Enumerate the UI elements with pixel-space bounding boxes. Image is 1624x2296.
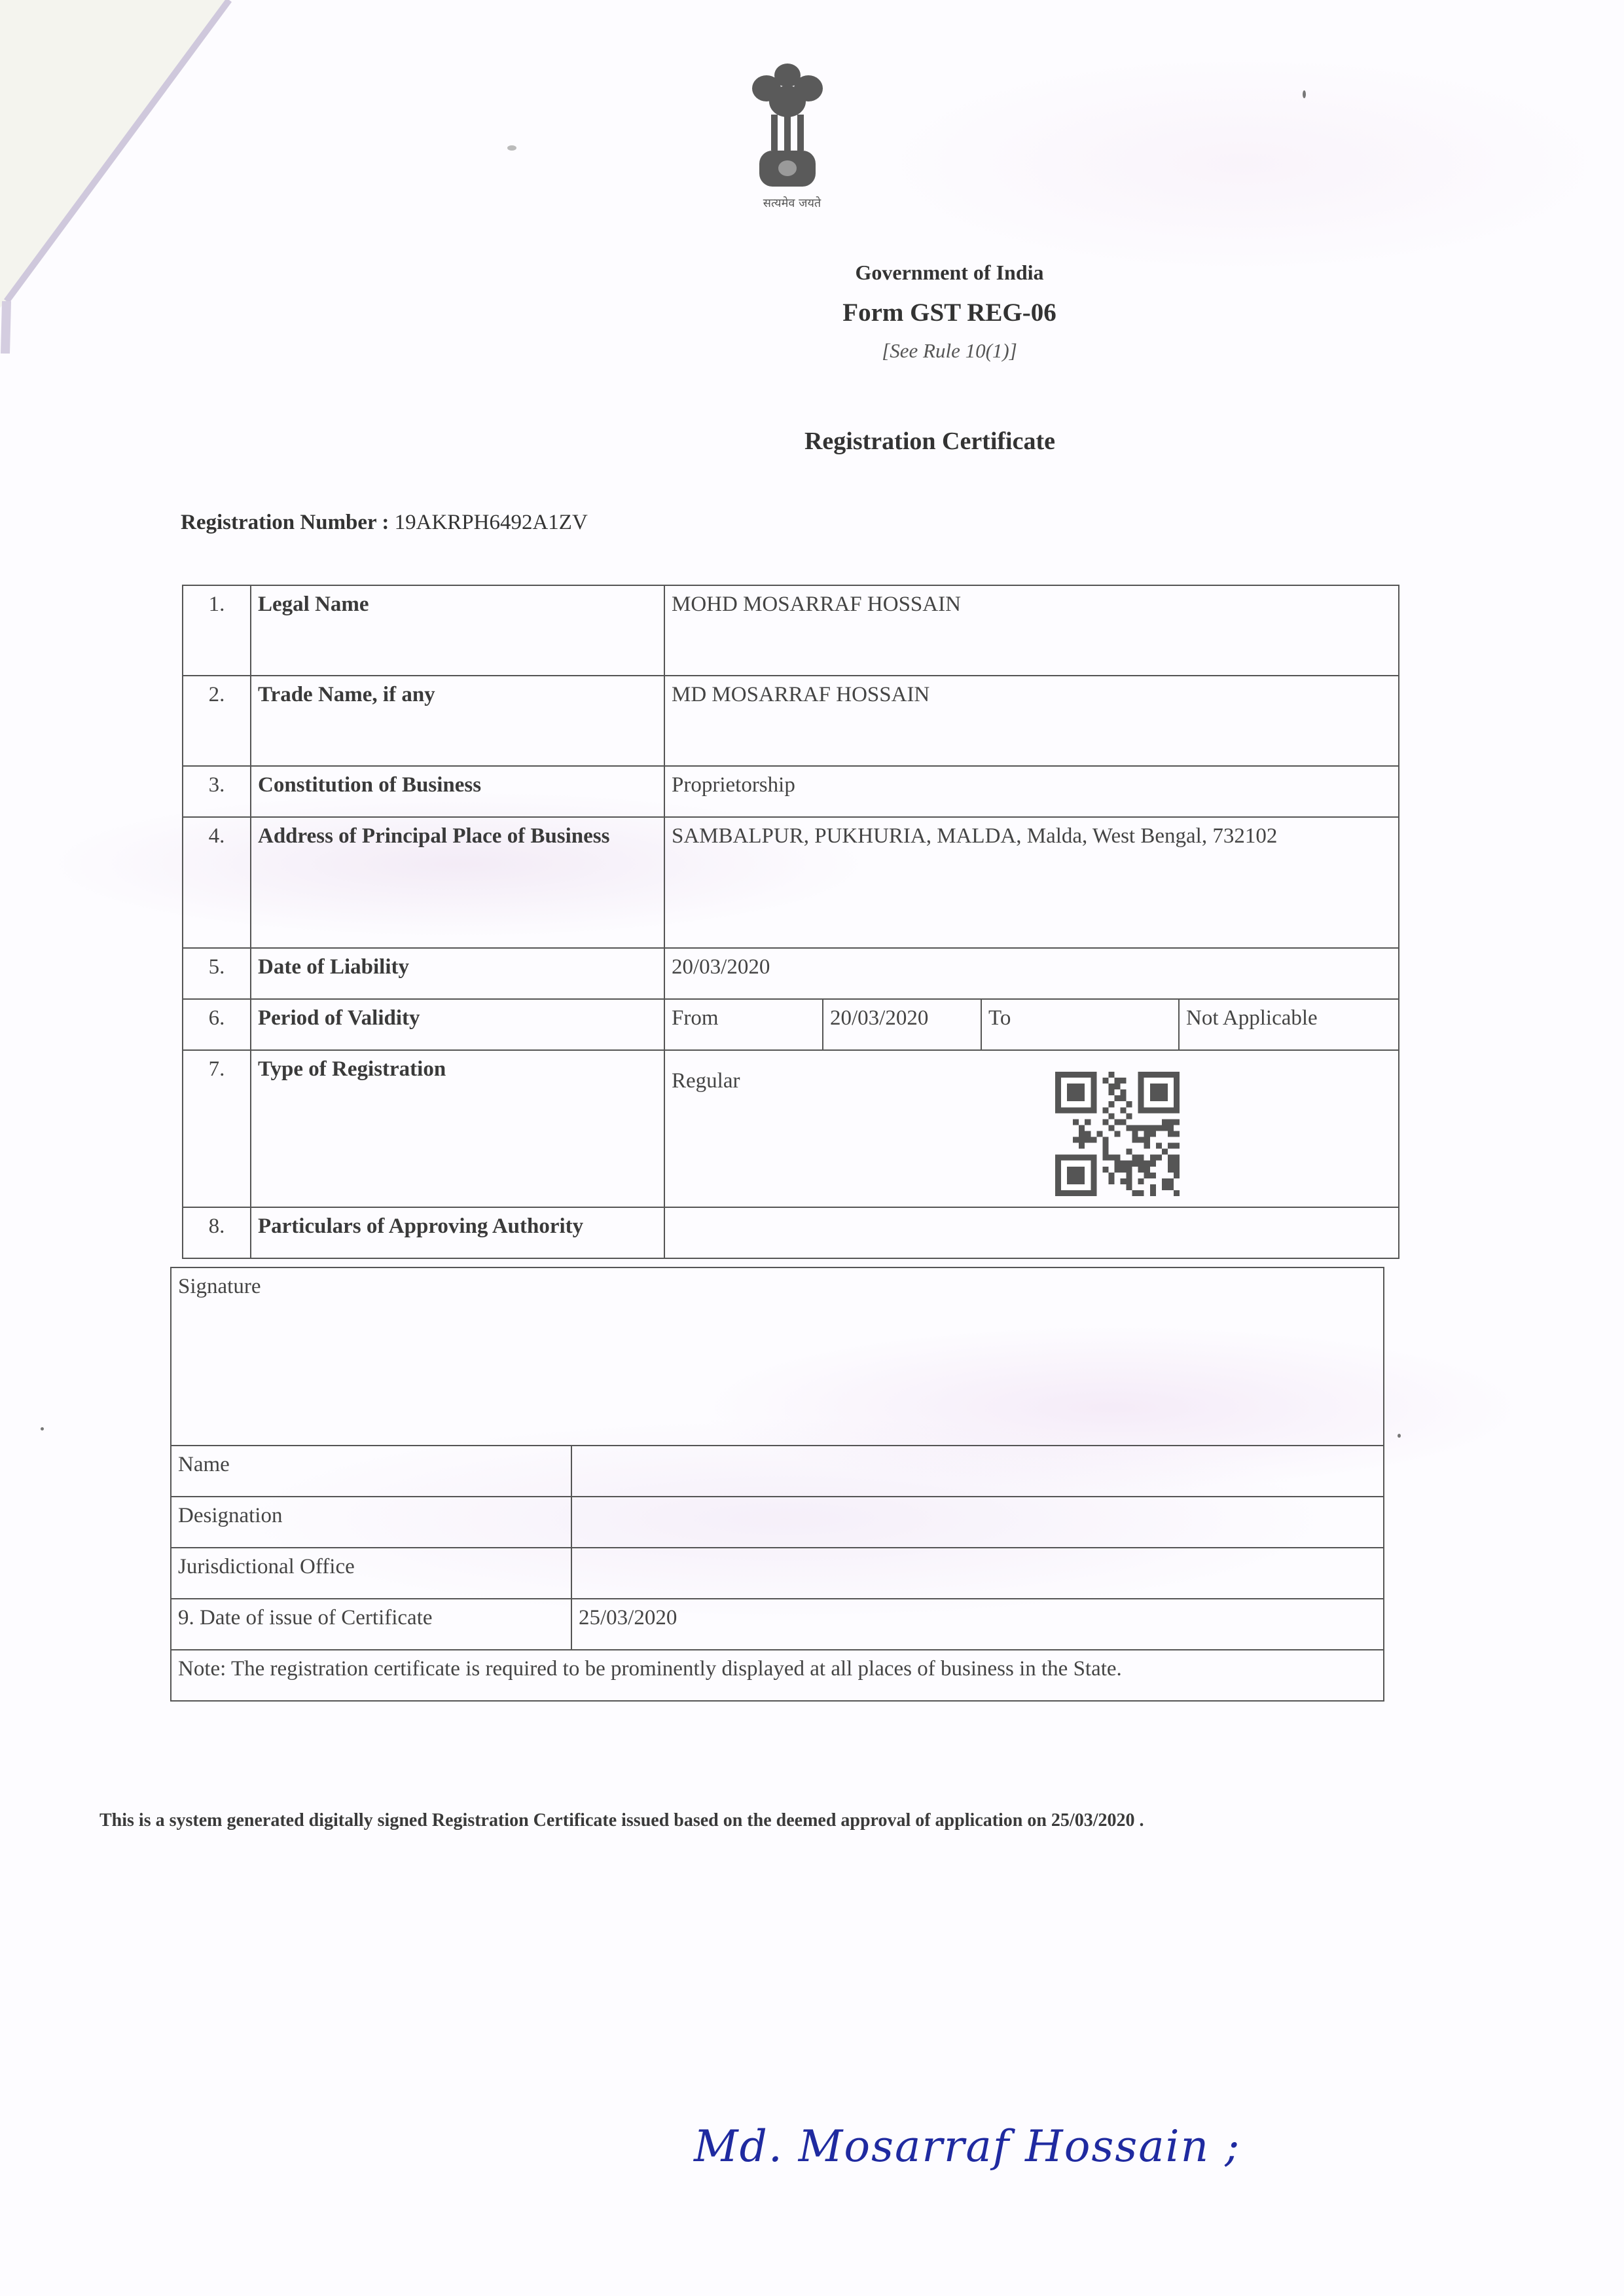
scan-speck: [507, 145, 516, 151]
scan-speck: [1398, 1434, 1401, 1438]
table-row: 6. Period of Validity From 20/03/2020 To…: [183, 999, 1399, 1050]
registration-details-table: 1. Legal Name MOHD MOSARRAF HOSSAIN 2. T…: [182, 585, 1399, 1259]
row-number: 1.: [183, 585, 251, 676]
address-value: SAMBALPUR, PUKHURIA, MALDA, Malda, West …: [664, 817, 1399, 948]
name-value: [571, 1446, 1384, 1497]
system-generated-note: This is a system generated digitally sig…: [99, 1810, 1144, 1831]
name-label: Name: [171, 1446, 571, 1497]
issue-date-value: 25/03/2020: [571, 1599, 1384, 1650]
national-emblem-icon: [745, 56, 830, 213]
table-row: 4. Address of Principal Place of Busines…: [183, 817, 1399, 948]
handwritten-signature: Md. Mosarraf Hossain ;: [694, 2121, 1240, 2172]
constitution-value: Proprietorship: [664, 766, 1399, 817]
field-label: Constitution of Business: [251, 766, 664, 817]
table-row: Name: [171, 1446, 1384, 1497]
row-number: 5.: [183, 948, 251, 999]
table-row: 1. Legal Name MOHD MOSARRAF HOSSAIN: [183, 585, 1399, 676]
jurisdictional-office-value: [571, 1548, 1384, 1599]
form-title: Form GST REG-06: [137, 298, 1624, 327]
table-row: Designation: [171, 1497, 1384, 1548]
approving-authority-value: [664, 1207, 1399, 1258]
validity-from-value: 20/03/2020: [823, 999, 981, 1050]
designation-value: [571, 1497, 1384, 1548]
registration-type-text: Regular: [672, 1069, 1392, 1093]
row-number: 6.: [183, 999, 251, 1050]
row-number: 3.: [183, 766, 251, 817]
field-label: Period of Validity: [251, 999, 664, 1050]
table-row: 7. Type of Registration Regular: [183, 1050, 1399, 1207]
field-label: Legal Name: [251, 585, 664, 676]
field-label: Type of Registration: [251, 1050, 664, 1207]
trade-name-value: MD MOSARRAF HOSSAIN: [664, 676, 1399, 766]
emblem-motto: सत्यमेव जयते: [753, 195, 831, 211]
table-row: 2. Trade Name, if any MD MOSARRAF HOSSAI…: [183, 676, 1399, 766]
registration-number-label: Registration Number :: [181, 511, 389, 534]
registration-number: Registration Number : 19AKRPH6492A1ZV: [181, 511, 588, 535]
legal-name-value: MOHD MOSARRAF HOSSAIN: [664, 585, 1399, 676]
jurisdictional-office-label: Jurisdictional Office: [171, 1548, 571, 1599]
note-row: Note: The registration certificate is re…: [171, 1650, 1384, 1701]
row-number: 8.: [183, 1207, 251, 1258]
table-row: 5. Date of Liability 20/03/2020: [183, 948, 1399, 999]
row-number: 7.: [183, 1050, 251, 1207]
signature-label: Signature: [171, 1267, 1384, 1446]
registration-type-value: Regular: [664, 1050, 1399, 1207]
rule-reference: [See Rule 10(1)]: [137, 339, 1624, 363]
field-label: Particulars of Approving Authority: [251, 1207, 664, 1258]
government-heading: Government of India: [137, 261, 1624, 285]
document-title: Registration Certificate: [118, 427, 1624, 456]
issue-date-label: 9. Date of issue of Certificate: [171, 1599, 571, 1650]
table-row: 9. Date of issue of Certificate 25/03/20…: [171, 1599, 1384, 1650]
scan-speck: [1303, 90, 1306, 98]
date-of-liability-value: 20/03/2020: [664, 948, 1399, 999]
field-label: Trade Name, if any: [251, 676, 664, 766]
validity-from-label: From: [664, 999, 823, 1050]
table-row: Jurisdictional Office: [171, 1548, 1384, 1599]
validity-to-label: To: [981, 999, 1179, 1050]
signature-row: Signature: [171, 1267, 1384, 1446]
field-label: Address of Principal Place of Business: [251, 817, 664, 948]
row-number: 2.: [183, 676, 251, 766]
table-row: 8. Particulars of Approving Authority: [183, 1207, 1399, 1258]
validity-to-value: Not Applicable: [1179, 999, 1399, 1050]
table-row: 3. Constitution of Business Proprietorsh…: [183, 766, 1399, 817]
scan-speck: [41, 1427, 44, 1430]
qr-code-icon[interactable]: [1055, 1068, 1180, 1199]
approving-authority-table: Signature Name Designation Jurisdictiona…: [170, 1267, 1384, 1702]
registration-number-value: 19AKRPH6492A1ZV: [395, 511, 588, 534]
display-note: Note: The registration certificate is re…: [171, 1650, 1384, 1701]
designation-label: Designation: [171, 1497, 571, 1548]
field-label: Date of Liability: [251, 948, 664, 999]
row-number: 4.: [183, 817, 251, 948]
